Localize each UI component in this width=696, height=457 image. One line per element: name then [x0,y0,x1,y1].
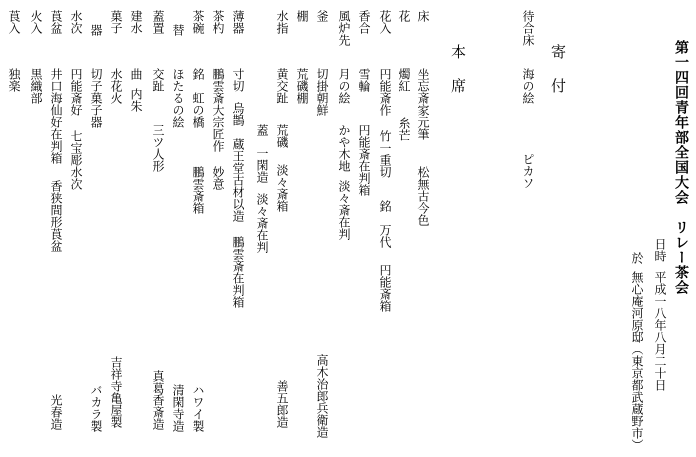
item-note-3: 円能斎箱 [378,264,392,312]
item-note: 妙意 [211,166,225,190]
section-heading-yoritsuki-1: 寄 [550,44,566,59]
item-maker: 光春造 [49,394,63,430]
item-value: 黄交趾 [275,68,289,104]
item-name: 水指 [275,10,289,34]
item-value: 月の絵 [337,68,351,104]
item-note: 烏鵲 [231,102,245,126]
item-value: 井口海仙好在判箱 [49,68,63,164]
item-note: 荒磯 [275,124,289,148]
date-value: 平成一八年八月二十日 [653,271,667,391]
item-note: 七宝彫水次 [69,130,83,190]
item-name: 花入 [378,10,392,34]
item-note-2: 銘 万代 [378,200,392,248]
item-value: 海の絵 [521,68,535,104]
item-maker: 善五郎造 [275,380,289,428]
item-value: 銘 虹の橋 [191,68,205,128]
item-name: 莨盆 [49,10,63,34]
item-value: 独楽 [7,68,21,92]
item-value: 水花火 [109,68,123,104]
item-name: 待合床 [521,10,535,46]
item-value: 寸切 [231,68,245,92]
item-maker: 真葛香斎造 [151,370,165,430]
item-value: ほたるの絵 [171,68,185,128]
item-note: 松無古今色 [416,166,430,226]
venue-value: 無心庵河原邸（東京都武蔵野市） [630,271,644,451]
item-note: 糸芒 [397,117,411,141]
item-name: 茶碗 [191,10,205,34]
item-value: 円能斎作 [378,68,392,116]
item-name: 床 [416,10,430,22]
item-note-2: 淡々斎箱 [275,164,289,212]
item-name: 建水 [129,10,143,34]
item-name: 薄器 [231,10,245,34]
event-title: 第一四回青年部全国大会 リレー茶会 [673,40,689,295]
item-value: 交趾 [151,68,165,92]
item-note-2: 淡々斎在判 [337,180,351,240]
item-note: 竹一重切 [378,130,392,178]
item-maker: 清閑寺造 [171,384,185,432]
item-name: 莨入 [7,10,21,34]
item-maker: 高木治郎兵衛造 [315,354,329,438]
section-heading-honseki-2: 席 [450,78,466,93]
section-heading-honseki-1: 本 [450,44,466,59]
item-name: 替 [171,24,185,36]
item-name: 器 [89,24,103,36]
section-heading-yoritsuki-2: 付 [550,78,566,93]
item-note: かや木地 [337,124,351,172]
item-value: 蓋 [255,124,269,136]
item-maker: ピカソ [521,153,535,189]
item-maker: バカラ製 [89,384,103,432]
item-value: 燭紅 [397,68,411,92]
item-maker: ハワイ製 [191,384,205,432]
item-value: 荒磯棚 [295,68,309,104]
item-name: 花 [397,10,411,22]
item-name: 菓子 [109,10,123,34]
item-value: 曲 [129,68,143,80]
item-note: 三ツ人形 [151,124,165,172]
item-note: 鵬雲斎箱 [191,166,205,214]
item-note-2: 淡々斎在判 [255,193,269,253]
item-note: 一閑造 [255,147,269,183]
item-maker: 吉祥寺亀屋製 [109,356,123,428]
item-name: 蓋置 [151,10,165,34]
item-value: 切子菓子器 [89,68,103,128]
item-name: 釜 [315,10,329,22]
item-note-2: 蔵王堂古材以造 [231,138,245,222]
item-name: 茶杓 [211,10,225,34]
item-note-3: 鵬雲斎在判箱 [231,236,245,308]
item-name: 棚 [295,10,309,22]
item-value: 円能斎好 [69,68,83,116]
item-value: 鵬雲斎大宗匠作 [211,68,225,152]
item-note: 円能斎在判箱 [357,124,371,196]
venue-label: 於 [630,252,644,264]
item-value: 雪輪 [357,68,371,92]
item-value: 切掛朝鮮 [315,68,329,116]
item-name: 風炉先 [337,10,351,46]
item-name: 水次 [69,10,83,34]
item-name: 火入 [29,10,43,34]
item-note: 香狭間形莨盆 [49,180,63,252]
date-label: 日時 [653,238,667,262]
item-value: 坐忘斎家元筆 [416,68,430,140]
item-value: 黒織部 [29,68,43,104]
item-name: 香合 [357,10,371,34]
item-note: 内朱 [129,88,143,112]
